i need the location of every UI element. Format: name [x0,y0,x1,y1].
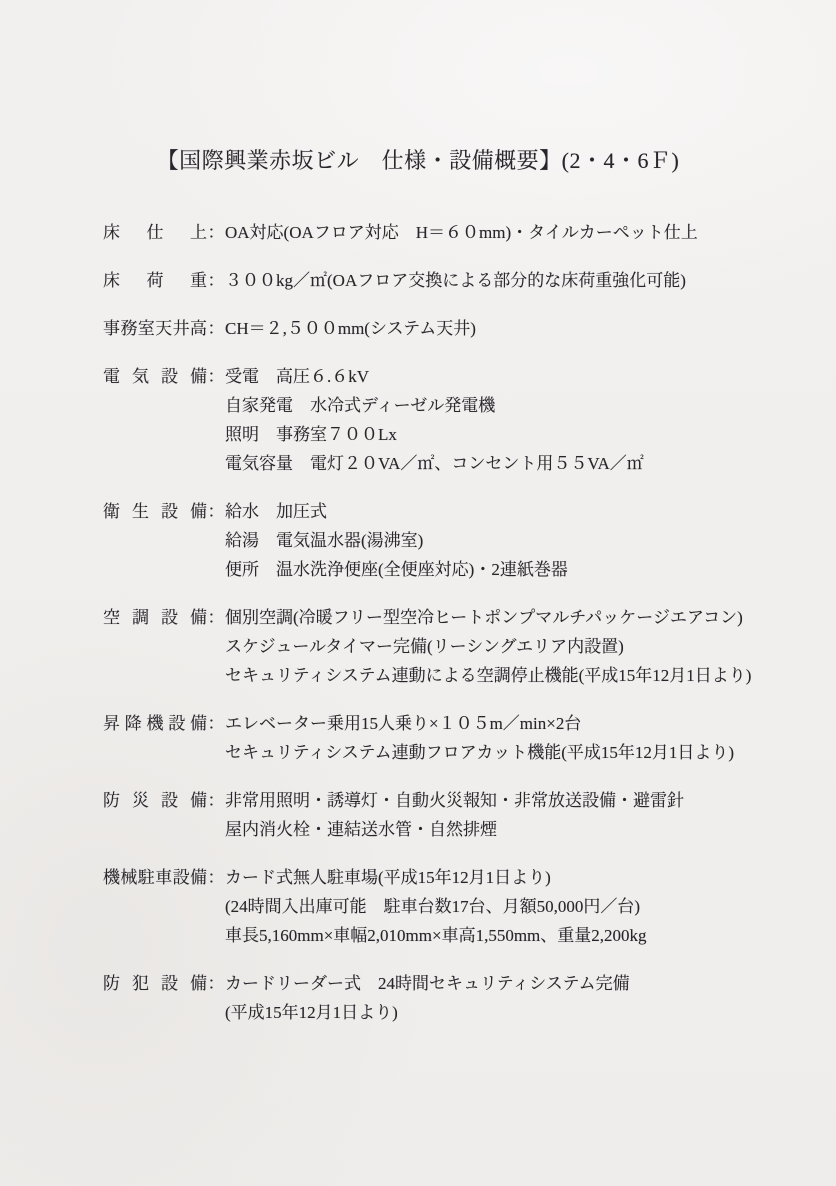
label-colon: ： [207,362,225,391]
spec-list: 床仕上 ： OA対応(OAフロア対応 H＝６０mm)・タイルカーペット仕上 床荷… [0,218,836,1027]
spec-value-line: 給湯 電気温水器(湯沸室) [225,526,796,555]
label-colon: ： [207,863,225,892]
spec-value-line: (24時間入出庫可能 駐車台数17台、月額50,000円／台) [225,892,796,921]
spec-label: 機械駐車設備 [103,863,207,892]
spec-values: CH＝２,５００mm(システム天井) [225,314,796,343]
spec-value-line: カードリーダー式 24時間セキュリティシステム完備 [225,969,796,998]
spec-row-hvac: 空調設備 ： 個別空調(冷暖フリー型空冷ヒートポンプマルチパッケージエアコン) … [103,603,796,690]
scanned-document-page: 【国際興業赤坂ビル 仕様・設備概要】(2・4・6Ｆ) 床仕上 ： OA対応(OA… [0,0,836,1186]
spec-values: 給水 加圧式 給湯 電気温水器(湯沸室) 便所 温水洗浄便座(全便座対応)・2連… [225,497,796,584]
spec-values: カードリーダー式 24時間セキュリティシステム完備 (平成15年12月1日より) [225,969,796,1027]
spec-row-floor-finish: 床仕上 ： OA対応(OAフロア対応 H＝６０mm)・タイルカーペット仕上 [103,218,796,247]
spec-value-line: 車長5,160mm×車幅2,010mm×車高1,550mm、重量2,200kg [225,921,796,950]
spec-row-floor-load: 床荷重 ： ３００kg／㎡(OAフロア交換による部分的な床荷重強化可能) [103,266,796,295]
spec-label: 衛生設備 [103,497,207,526]
spec-label: 床荷重 [103,266,207,295]
spec-values: OA対応(OAフロア対応 H＝６０mm)・タイルカーペット仕上 [225,218,796,247]
spec-label: 空調設備 [103,603,207,632]
label-colon: ： [207,709,225,738]
spec-values: 非常用照明・誘導灯・自動火災報知・非常放送設備・避雷針 屋内消火栓・連結送水管・… [225,786,796,844]
label-colon: ： [207,497,225,526]
spec-value-line: エレベーター乗用15人乗り×１０５m／min×2台 [225,709,796,738]
spec-value-line: カード式無人駐車場(平成15年12月1日より) [225,863,796,892]
spec-value-line: (平成15年12月1日より) [225,998,796,1027]
label-colon: ： [207,314,225,343]
spec-label: 事務室天井高 [103,314,207,343]
spec-value-line: 便所 温水洗浄便座(全便座対応)・2連紙巻器 [225,555,796,584]
spec-value-line: セキュリティシステム連動フロアカット機能(平成15年12月1日より) [225,738,796,767]
spec-value-line: OA対応(OAフロア対応 H＝６０mm)・タイルカーペット仕上 [225,218,796,247]
spec-label: 昇降機設備 [103,709,207,738]
spec-label: 電気設備 [103,362,207,391]
spec-label: 床仕上 [103,218,207,247]
spec-value-line: 屋内消火栓・連結送水管・自然排煙 [225,815,796,844]
spec-row-elevator: 昇降機設備 ： エレベーター乗用15人乗り×１０５m／min×2台 セキュリティ… [103,709,796,767]
spec-values: 個別空調(冷暖フリー型空冷ヒートポンプマルチパッケージエアコン) スケジュールタ… [225,603,796,690]
spec-value-line: 給水 加圧式 [225,497,796,526]
spec-row-security: 防犯設備 ： カードリーダー式 24時間セキュリティシステム完備 (平成15年1… [103,969,796,1027]
label-colon: ： [207,603,225,632]
spec-value-line: 個別空調(冷暖フリー型空冷ヒートポンプマルチパッケージエアコン) [225,603,796,632]
spec-row-disaster-prevention: 防災設備 ： 非常用照明・誘導灯・自動火災報知・非常放送設備・避雷針 屋内消火栓… [103,786,796,844]
spec-values: ３００kg／㎡(OAフロア交換による部分的な床荷重強化可能) [225,266,796,295]
spec-value-line: 照明 事務室７００Lx [225,420,796,449]
spec-value-line: ３００kg／㎡(OAフロア交換による部分的な床荷重強化可能) [225,266,796,295]
spec-row-ceiling-height: 事務室天井高 ： CH＝２,５００mm(システム天井) [103,314,796,343]
spec-value-line: 電気容量 電灯２０VA／㎡、コンセント用５５VA／㎡ [225,449,796,478]
spec-value-line: 非常用照明・誘導灯・自動火災報知・非常放送設備・避雷針 [225,786,796,815]
spec-row-parking: 機械駐車設備 ： カード式無人駐車場(平成15年12月1日より) (24時間入出… [103,863,796,950]
label-colon: ： [207,266,225,295]
spec-values: 受電 高圧６.６kV 自家発電 水冷式ディーゼル発電機 照明 事務室７００Lx … [225,362,796,478]
spec-value-line: CH＝２,５００mm(システム天井) [225,314,796,343]
spec-label: 防災設備 [103,786,207,815]
spec-row-sanitary: 衛生設備 ： 給水 加圧式 給湯 電気温水器(湯沸室) 便所 温水洗浄便座(全便… [103,497,796,584]
spec-values: カード式無人駐車場(平成15年12月1日より) (24時間入出庫可能 駐車台数1… [225,863,796,950]
document-title: 【国際興業赤坂ビル 仕様・設備概要】(2・4・6Ｆ) [0,0,836,176]
spec-value-line: スケジュールタイマー完備(リーシングエリア内設置) [225,632,796,661]
label-colon: ： [207,969,225,998]
spec-value-line: セキュリティシステム連動による空調停止機能(平成15年12月1日より) [225,661,796,690]
spec-value-line: 受電 高圧６.６kV [225,362,796,391]
label-colon: ： [207,218,225,247]
spec-values: エレベーター乗用15人乗り×１０５m／min×2台 セキュリティシステム連動フロ… [225,709,796,767]
spec-row-electrical: 電気設備 ： 受電 高圧６.６kV 自家発電 水冷式ディーゼル発電機 照明 事務… [103,362,796,478]
spec-label: 防犯設備 [103,969,207,998]
spec-value-line: 自家発電 水冷式ディーゼル発電機 [225,391,796,420]
label-colon: ： [207,786,225,815]
